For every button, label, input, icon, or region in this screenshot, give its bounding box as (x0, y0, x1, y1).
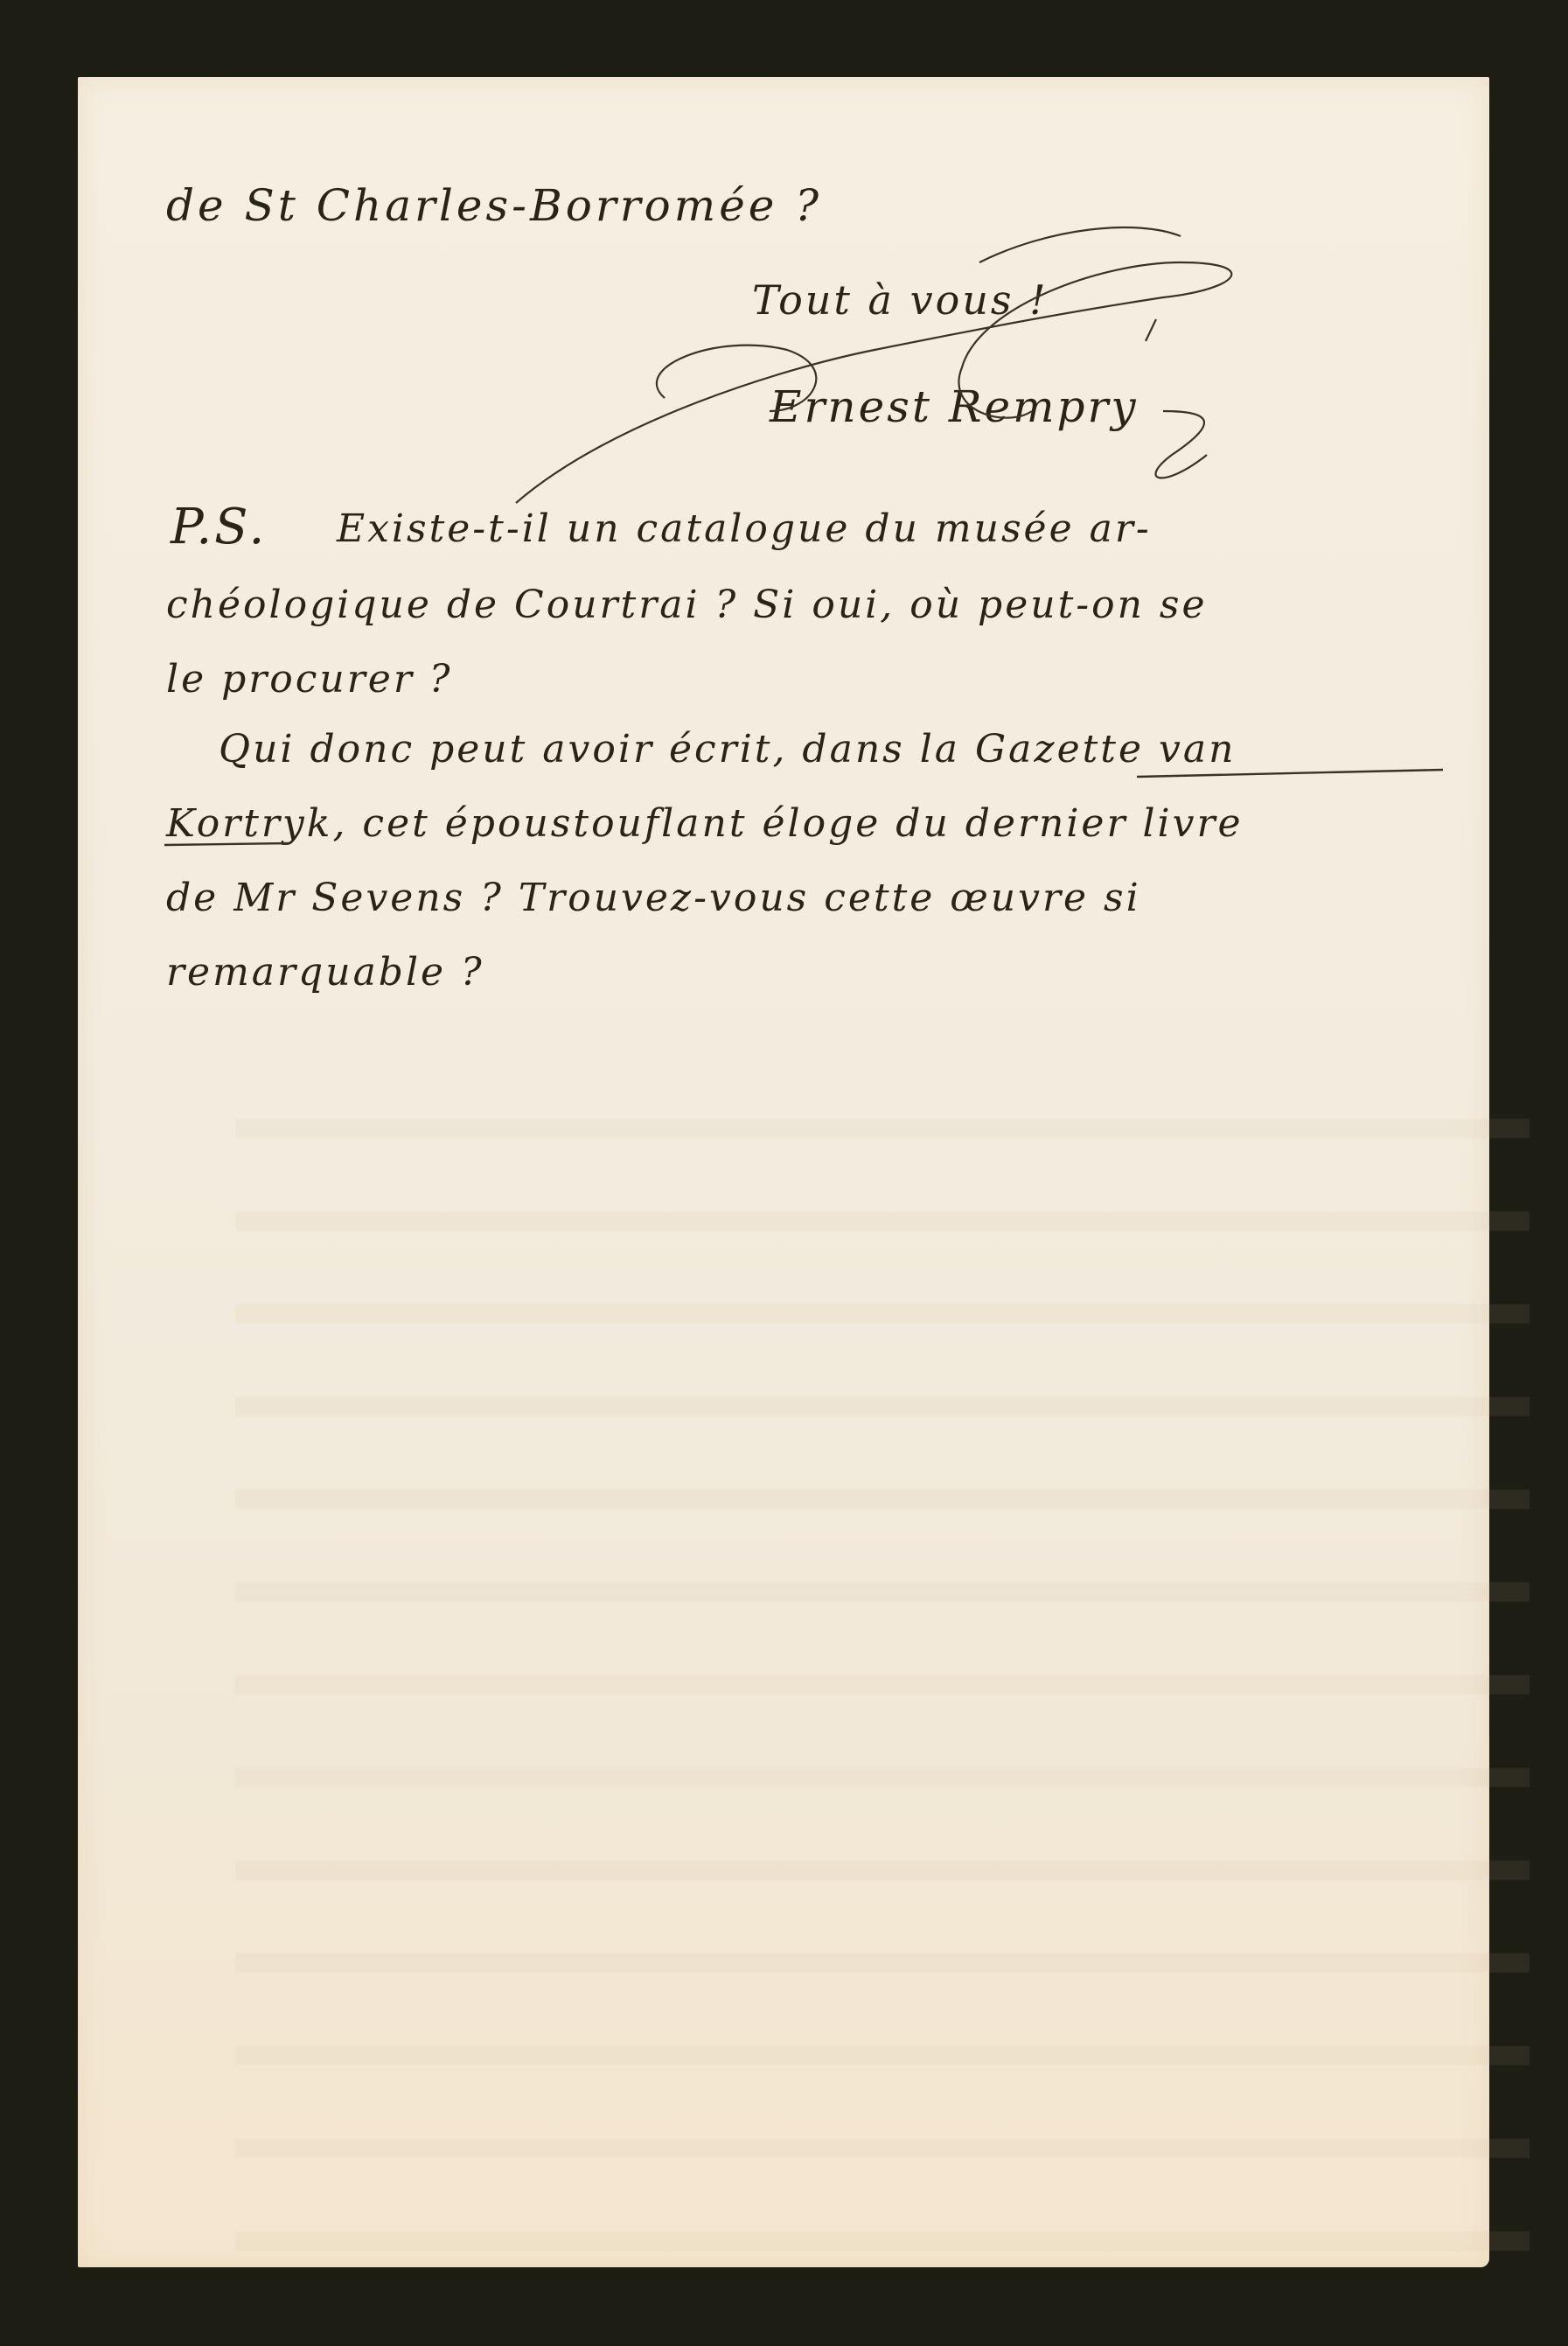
ps-paragraph1-line1: Existe-t-il un catalogue du musée ar- (337, 510, 1152, 548)
ps-paragraph2-line1-text: Qui donc peut avoir écrit, dans la Gazet… (219, 727, 1236, 772)
opening-line: de St Charles-Borromée ? (166, 184, 822, 227)
closing: Tout à vous ! (752, 280, 1049, 320)
ps-paragraph1-line2: chéologique de Courtrai ? Si oui, où peu… (166, 586, 1208, 625)
ps-paragraph2-line1: Qui donc peut avoir écrit, dans la Gazet… (219, 730, 1236, 769)
ps-paragraph1-line3: le procurer ? (166, 660, 452, 699)
ps-marker: P.S. (171, 503, 267, 552)
ps-paragraph2-line3: de Mr Sevens ? Trouvez-vous cette œuvre … (166, 879, 1141, 918)
ps-paragraph2-line4: remarquable ? (166, 953, 484, 992)
signature: Ernest Rempry (770, 385, 1139, 429)
ps-paragraph2-line2: Kortryk, cet époustouflant éloge du dern… (166, 805, 1244, 843)
ink-bleed-through (235, 1057, 1530, 2264)
